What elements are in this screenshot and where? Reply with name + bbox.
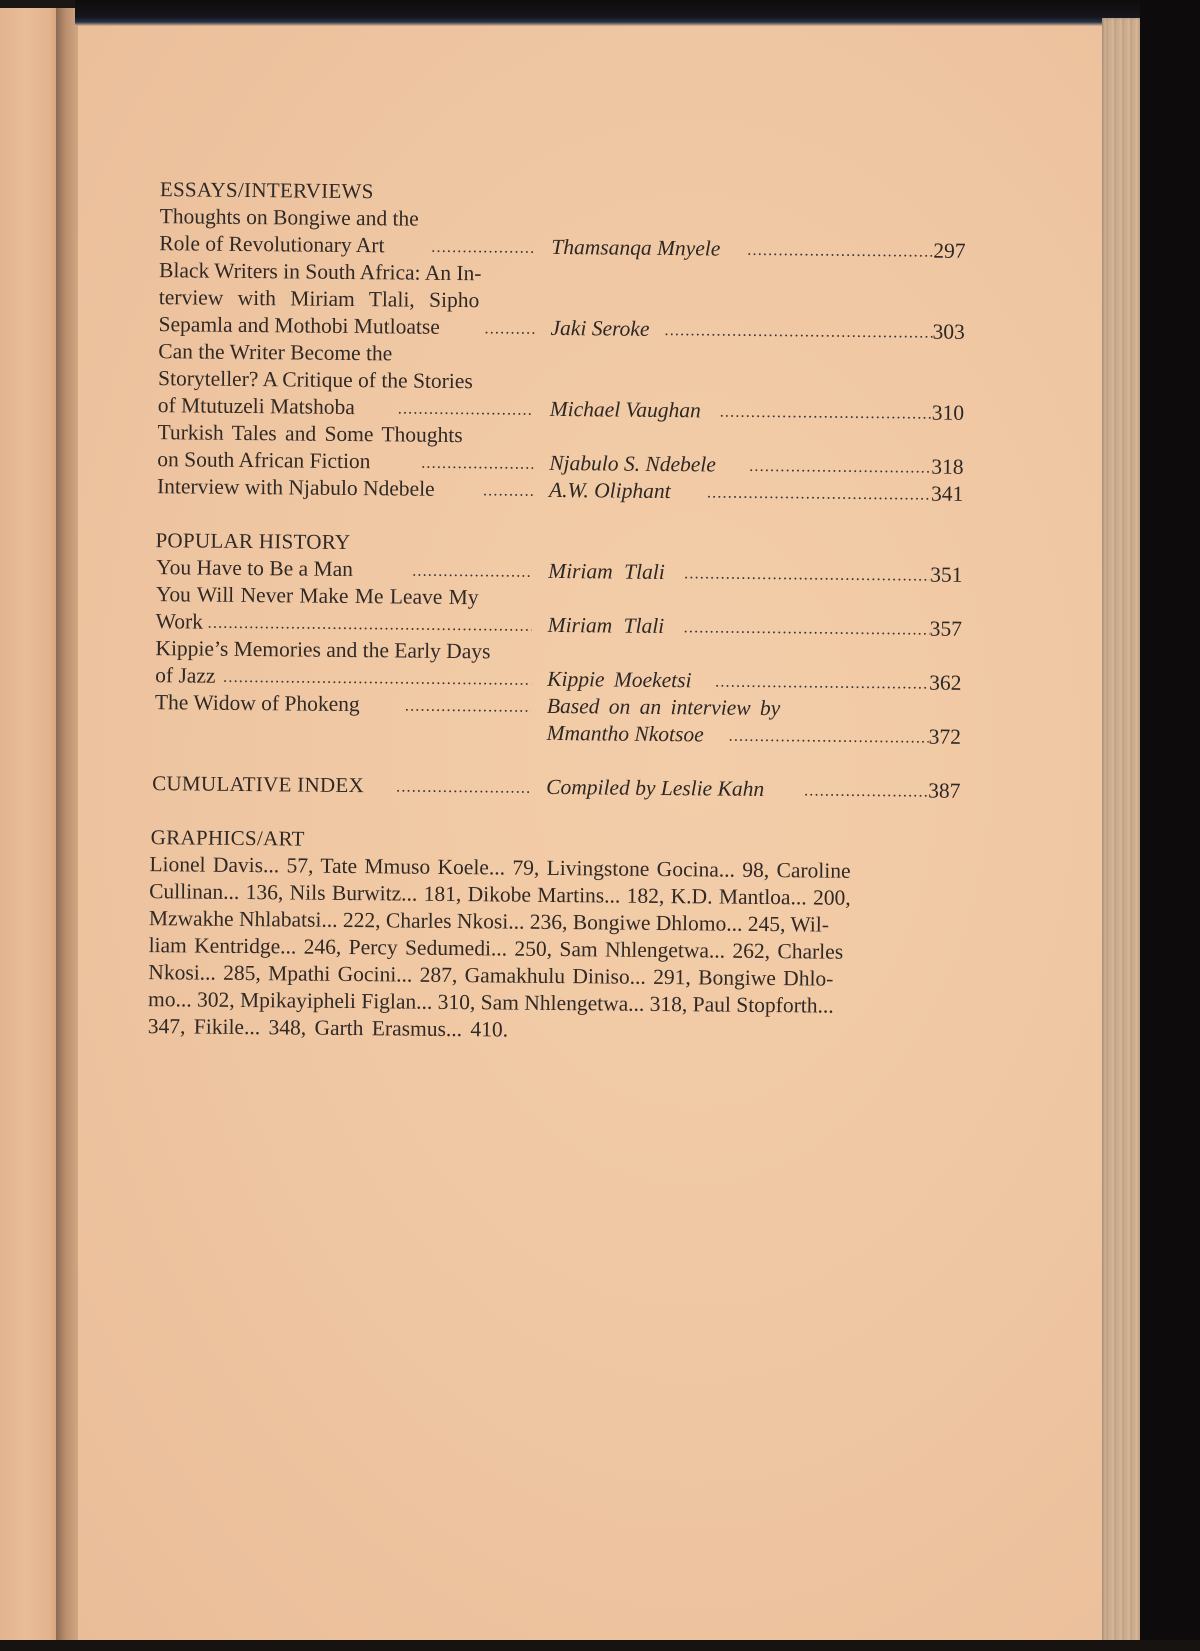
table-of-contents: ESSAYS/INTERVIEWS Thoughts on Bongiwe an… [0, 0, 1200, 1651]
entry-author: Mmantho Nkotsoe [547, 721, 704, 748]
entry-page-number: 387 [928, 779, 960, 804]
graphics-credit-line: liam Kentridge... 246, Percy Sedumedi...… [149, 933, 844, 965]
entry-author: Based on an interview by [547, 694, 781, 721]
entry-title-line: Black Writers in South Africa: An In- [159, 258, 482, 286]
entry-page-number: 341 [931, 482, 963, 507]
section-heading-cumulative-index: CUMULATIVE INDEX [152, 771, 364, 798]
dot-leader: ........................................… [804, 782, 928, 801]
entry-title-line: terview with Miriam Tlali, Sipho [159, 285, 480, 313]
entry-author: Miriam Tlali [548, 613, 665, 639]
entry-author: Michael Vaughan [550, 397, 701, 423]
dot-leader: ........................................… [707, 484, 931, 504]
entry-author: Kippie Moeketsi [547, 667, 692, 693]
graphics-credit-line: Mzwakhe Nhlabatsi... 222, Charles Nkosi.… [149, 906, 829, 938]
entry-page-number: 310 [932, 401, 964, 426]
entry-page-number: 297 [933, 239, 965, 264]
dot-leader: ........................................… [431, 239, 535, 258]
graphics-credit-line: mo... 302, Mpikayipheli Figlan... 310, S… [148, 987, 834, 1019]
dot-leader: ........................................… [720, 404, 932, 424]
entry-title-line: The Widow of Phokeng [155, 690, 360, 717]
dot-leader: ........................................… [664, 322, 932, 343]
entry-title-line: You Have to Be a Man [156, 555, 353, 582]
dot-leader: ........................................… [684, 619, 930, 639]
graphics-credit-line: Lionel Davis... 57, Tate Mmuso Koele... … [149, 852, 850, 884]
dot-leader: ........................................… [729, 728, 929, 748]
dot-leader: ........................................… [396, 778, 530, 797]
entry-author: Thamsanqa Mnyele [551, 235, 720, 262]
dot-leader: ........................................… [747, 242, 933, 262]
entry-title-line: of Mtutuzeli Matshoba [158, 393, 355, 420]
entry-title-line: You Will Never Make Me Leave My [156, 582, 479, 610]
section-heading-graphics: GRAPHICS/ART [151, 825, 305, 851]
graphics-credit-line: Cullinan... 136, Nils Burwitz... 181, Di… [149, 879, 851, 911]
dot-leader: ........................................… [484, 320, 534, 338]
entry-page-number: 372 [929, 725, 961, 750]
dot-leader: ........................................… [483, 482, 533, 500]
entry-author: Compiled by Leslie Kahn [546, 775, 764, 802]
entry-page-number: 318 [931, 455, 963, 480]
entry-author: A.W. Oliphant [549, 478, 671, 504]
dot-leader: ........................................… [223, 669, 531, 690]
entry-page-number: 351 [930, 563, 962, 588]
dot-leader: ........................................… [715, 674, 929, 694]
entry-title-line: Kippie’s Memories and the Early Days [155, 636, 490, 664]
section-heading-popular-history: POPULAR HISTORY [155, 528, 350, 555]
dot-leader: ........................................… [421, 455, 533, 474]
entry-title-line: Thoughts on Bongiwe and the [160, 204, 419, 231]
entry-title-line: on South African Fiction [157, 447, 370, 474]
entry-title-line: Can the Writer Become the [158, 339, 392, 366]
graphics-credit-line: Nkosi... 285, Mpathi Gocini... 287, Gama… [148, 960, 833, 992]
entry-page-number: 357 [930, 617, 962, 642]
entry-author: Njabulo S. Ndebele [549, 451, 716, 478]
entry-title-line: of Jazz [155, 663, 216, 689]
entry-page-number: 303 [932, 320, 964, 345]
entry-title-line: Role of Revolutionary Art [159, 231, 384, 258]
entry-title-line: Work [156, 609, 203, 634]
entry-author: Jaki Seroke [550, 316, 649, 342]
dot-leader: ........................................… [398, 400, 534, 419]
entry-author: Miriam Tlali [548, 559, 665, 585]
dot-leader: ........................................… [684, 565, 930, 585]
dot-leader: ........................................… [405, 698, 531, 717]
entry-title-line: Interview with Njabulo Ndebele [157, 474, 435, 502]
entry-page-number: 362 [929, 671, 961, 696]
dot-leader: ........................................… [208, 615, 532, 636]
section-heading-essays: ESSAYS/INTERVIEWS [160, 177, 374, 204]
entry-title-line: Turkish Tales and Some Thoughts [157, 420, 462, 448]
dot-leader: ........................................… [412, 563, 532, 582]
dot-leader: ........................................… [749, 458, 931, 478]
entry-title-line: Storyteller? A Critique of the Stories [158, 366, 473, 394]
entry-title-line: Sepamla and Mothobi Mutloatse [158, 312, 439, 340]
graphics-credit-line: 347, Fikile... 348, Garth Erasmus... 410… [148, 1014, 508, 1042]
